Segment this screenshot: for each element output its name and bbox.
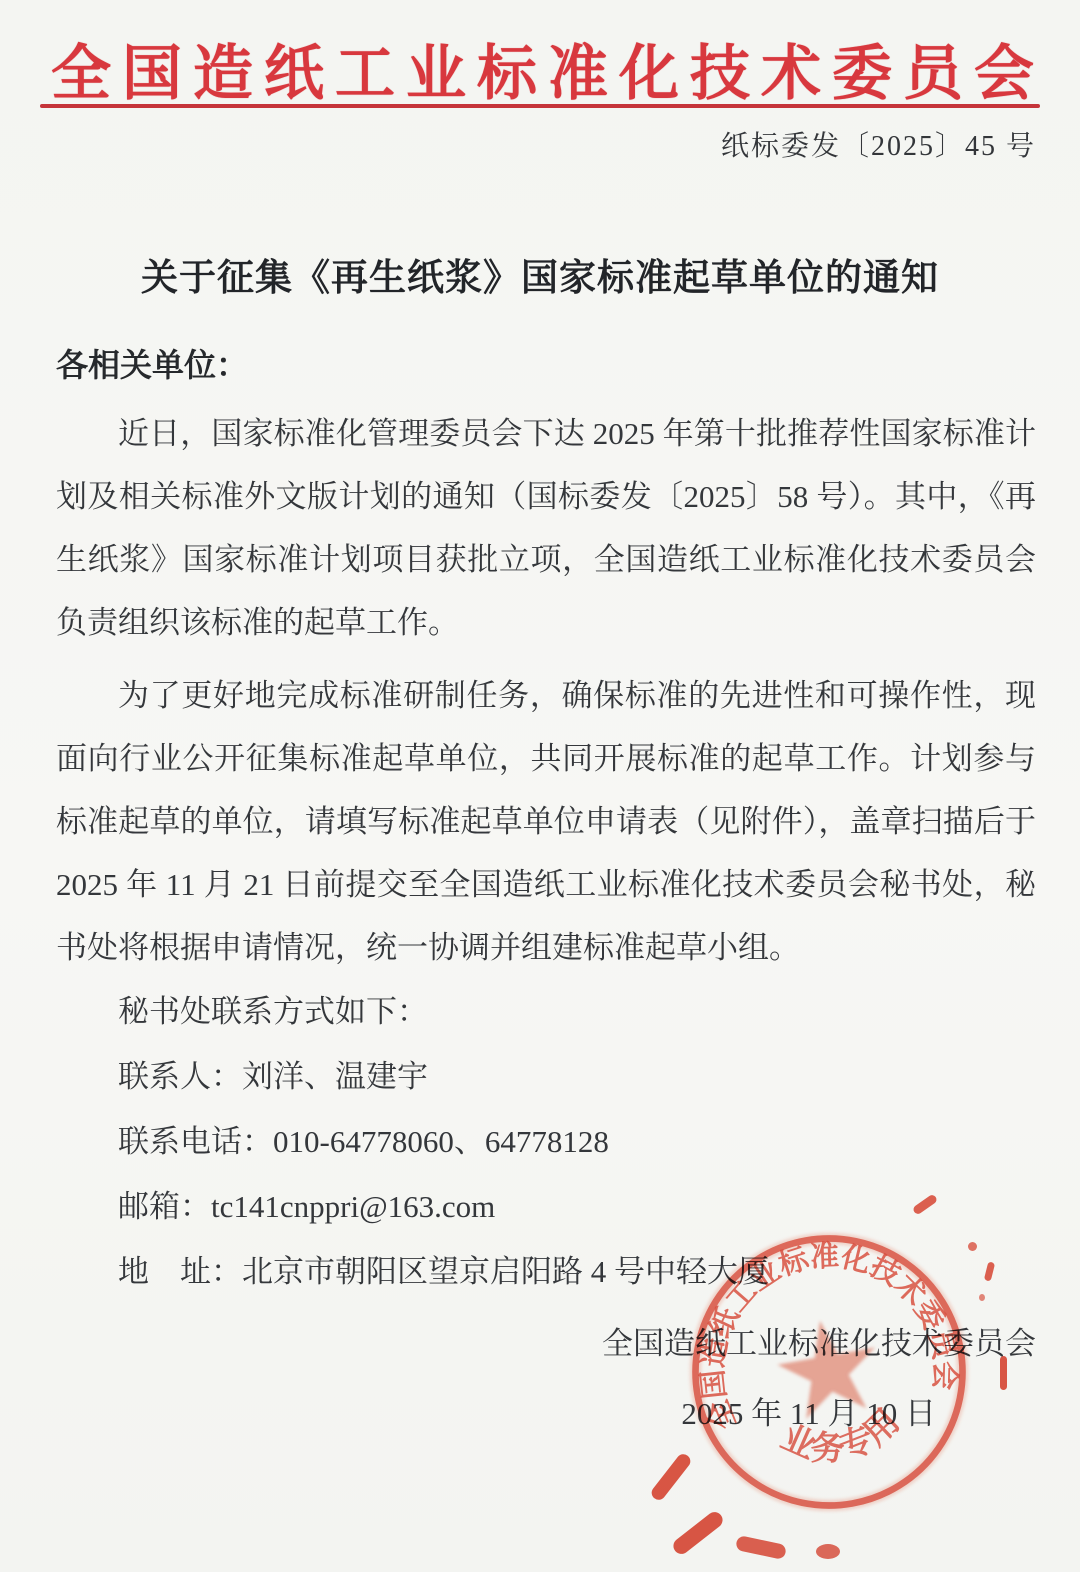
ink-splatter [649, 1451, 693, 1502]
ink-splatter [735, 1535, 787, 1560]
official-seal: 全国造纸工业标准化技术委员会 业务专用 [664, 1207, 993, 1536]
document-number: 纸标委发〔2025〕45 号 [721, 124, 1036, 164]
svg-text:业务专用: 业务专用 [770, 1398, 912, 1479]
ink-splatter [816, 1544, 840, 1559]
document-page: 全国造纸工业标准化技术委员会 纸标委发〔2025〕45 号 关于征集《再生纸浆》… [0, 0, 1080, 1572]
issuing-org-header: 全国造纸工业标准化技术委员会 [40, 26, 1040, 112]
salutation: 各相关单位： [56, 340, 1036, 390]
contact-phone: 联系电话：010-64778060、64778128 [56, 1109, 1036, 1174]
contact-intro: 秘书处联系方式如下： [56, 979, 1036, 1044]
star-icon [771, 1312, 885, 1422]
notice-title: 关于征集《再生纸浆》国家标准起草单位的通知 [40, 247, 1040, 301]
contact-person: 联系人：刘洋、温建宇 [56, 1044, 1036, 1109]
seal-bottom-text: 业务专用 [770, 1398, 912, 1479]
body-paragraph-1: 近日，国家标准化管理委员会下达 2025 年第十批推荐性国家标准计划及相关标准外… [56, 402, 1036, 654]
ink-splatter [979, 1294, 985, 1301]
ink-splatter [1000, 1356, 1007, 1390]
ink-splatter [968, 1242, 977, 1251]
header-divider [40, 104, 1040, 108]
seal-graphic: 全国造纸工业标准化技术委员会 业务专用 [664, 1207, 993, 1536]
body-paragraph-2: 为了更好地完成标准研制任务，确保标准的先进性和可操作性，现面向行业公开征集标准起… [56, 664, 1036, 979]
